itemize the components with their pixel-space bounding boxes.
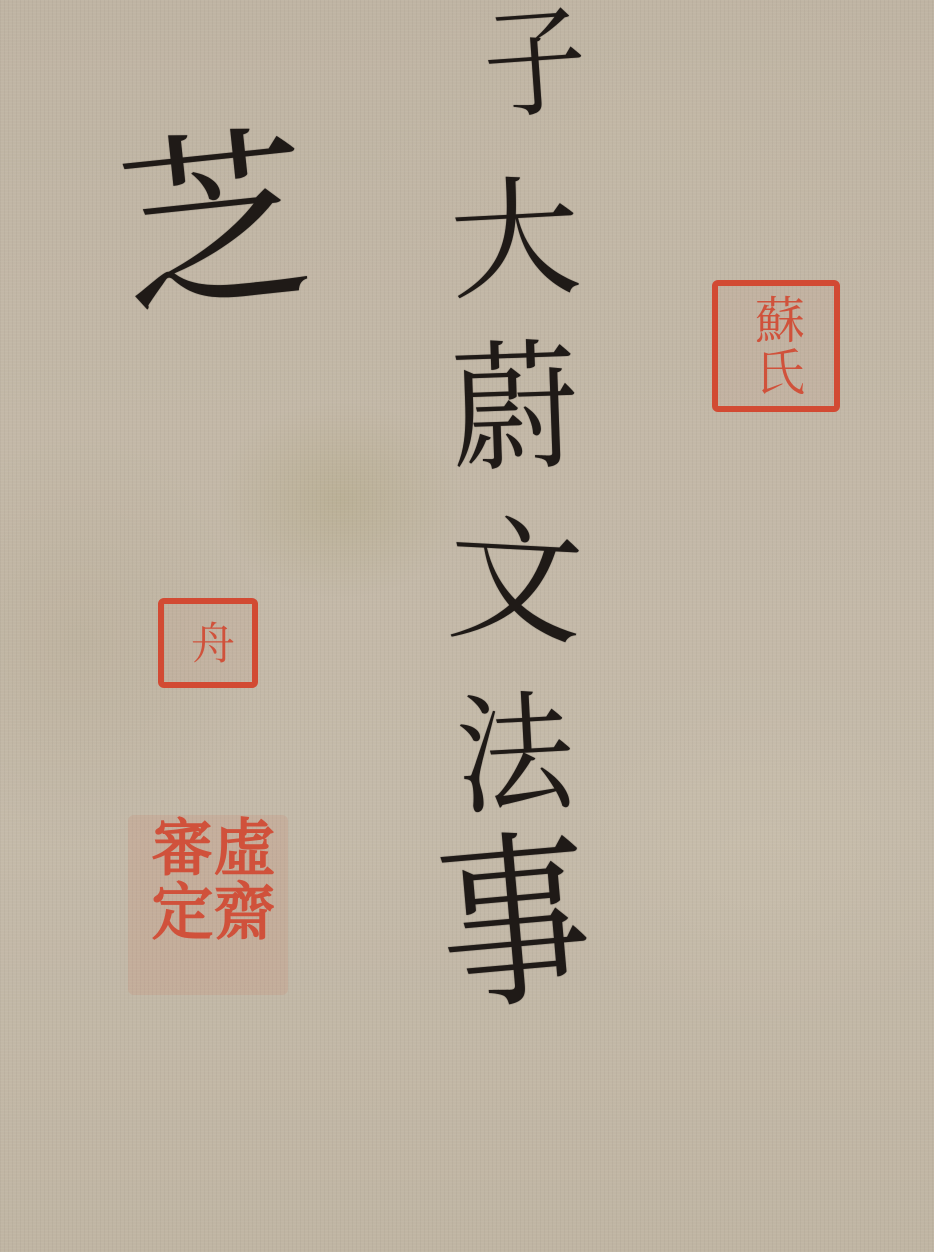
char-wei: 蔚 xyxy=(450,338,581,482)
seal-left-middle-text: 舟 xyxy=(186,620,230,666)
seal-upper-right-text: 蘇氏 xyxy=(751,294,801,398)
main-text-column: 子 大 蔚 文 法 事 xyxy=(440,5,590,1000)
char-da: 大 xyxy=(447,172,584,309)
calligraphy-paper: 子 大 蔚 文 法 事 芝 蘇氏 舟 虛齋審定 xyxy=(0,0,934,1252)
seal-lower-left-text: 虛齋審定 xyxy=(146,815,270,995)
seal-lower-left: 虛齋審定 xyxy=(128,815,288,995)
seal-left-middle: 舟 xyxy=(158,598,258,688)
char-fa: 法 xyxy=(453,687,577,823)
char-wen: 文 xyxy=(444,512,586,654)
char-shi: 事 xyxy=(432,825,598,1025)
seal-upper-right: 蘇氏 xyxy=(712,280,840,412)
char-zi: 子 xyxy=(480,2,590,129)
char-zhi: 芝 xyxy=(111,121,320,330)
signature-column: 芝 xyxy=(120,130,310,320)
